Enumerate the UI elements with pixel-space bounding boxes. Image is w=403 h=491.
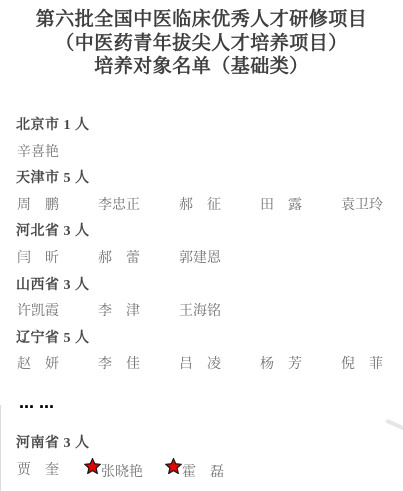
title-line-1: 第六批全国中医临床优秀人才研修项目 <box>0 8 403 32</box>
person-name: 李 佳 <box>98 352 179 379</box>
title-line-2: （中医药青年拔尖人才培养项目） <box>0 32 403 56</box>
province-header: 天津市 5 人 <box>16 166 401 193</box>
scan-edge-artifact <box>0 405 1 491</box>
red-star-icon <box>84 458 101 474</box>
person-name: 李忠正 <box>98 193 179 220</box>
red-star-icon <box>165 458 182 474</box>
document-title: 第六批全国中医临床优秀人才研修项目 （中医药青年拔尖人才培养项目） 培养对象名单… <box>0 8 403 79</box>
person-name: 杨 芳 <box>260 352 341 379</box>
person-name: 闫 昕 <box>17 246 98 273</box>
truncation-ellipsis: …… <box>16 396 401 410</box>
person-name: 田 露 <box>260 193 341 220</box>
person-name: 周 鹏 <box>17 193 98 220</box>
names-row: 闫 昕郝 蕾郭建恩 <box>16 246 401 273</box>
person-name: 吕 凌 <box>179 352 260 379</box>
person-name: 赵 妍 <box>17 352 98 379</box>
person-name: 袁卫玲 <box>341 193 403 220</box>
province-header: 河北省 3 人 <box>16 219 401 246</box>
province-sections-after: 河南省 3 人贾 奎张晓艳霍 磊 <box>16 431 401 486</box>
province-header: 辽宁省 5 人 <box>16 326 401 353</box>
province-header: 山西省 3 人 <box>16 273 401 300</box>
person-name: 倪 菲 <box>341 352 403 379</box>
person-name: 许凯霞 <box>17 299 98 326</box>
names-row: 辛喜艳 <box>16 140 401 167</box>
province-header: 北京市 1 人 <box>16 113 401 140</box>
person-name: 郝 征 <box>179 193 260 220</box>
province-sections: 北京市 1 人辛喜艳天津市 5 人周 鹏李忠正郝 征田 露袁卫玲河北省 3 人闫… <box>16 113 401 379</box>
title-line-3: 培养对象名单（基础类） <box>0 55 403 79</box>
province-header: 河南省 3 人 <box>16 431 401 458</box>
document-page: 第六批全国中医临床优秀人才研修项目 （中医药青年拔尖人才培养项目） 培养对象名单… <box>0 0 403 491</box>
names-row: 赵 妍李 佳吕 凌杨 芳倪 菲 <box>16 352 401 379</box>
person-name: 霍 磊 <box>179 458 260 487</box>
names-row: 许凯霞李 津王海铭 <box>16 299 401 326</box>
names-row: 周 鹏李忠正郝 征田 露袁卫玲 <box>16 193 401 220</box>
name-list-body: 北京市 1 人辛喜艳天津市 5 人周 鹏李忠正郝 征田 露袁卫玲河北省 3 人闫… <box>16 113 401 486</box>
person-name: 郝 蕾 <box>98 246 179 273</box>
names-row: 贾 奎张晓艳霍 磊 <box>16 458 401 487</box>
person-name: 李 津 <box>98 299 179 326</box>
person-name: 辛喜艳 <box>17 140 98 167</box>
person-name: 王海铭 <box>179 299 260 326</box>
person-name: 郭建恩 <box>179 246 260 273</box>
